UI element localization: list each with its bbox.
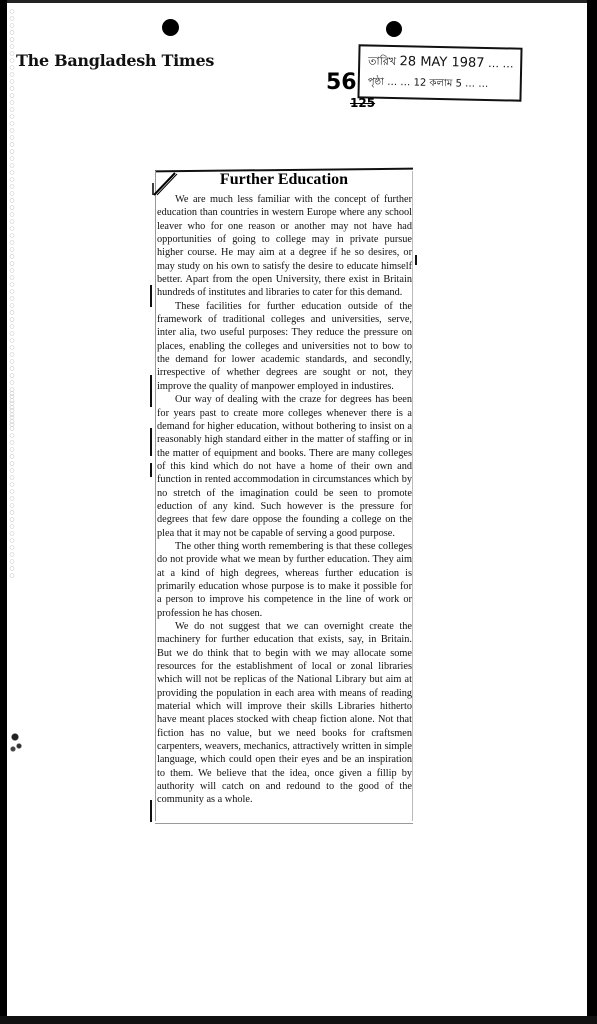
binder-perforation-lower (8, 390, 16, 580)
margin-bracket-mark (150, 800, 152, 822)
article-clipping: Further Education We are much less famil… (155, 169, 413, 824)
margin-bracket-mark (150, 375, 152, 407)
punch-hole-icon (386, 21, 402, 37)
scan-smudge (7, 725, 27, 755)
article-body: We are much less familiar with the conce… (157, 193, 412, 807)
publication-masthead: The Bangladesh Times (16, 51, 214, 70)
struck-page-number: 125 (350, 96, 375, 110)
filing-stamp: তারিখ 28 MAY 1987 … … পৃষ্ঠা … … 12 কলাম… (357, 44, 522, 101)
scan-top-edge (0, 0, 597, 3)
margin-bracket-mark (415, 255, 417, 265)
stamp-date: 28 MAY 1987 (399, 54, 484, 71)
stamp-page-value: 12 কলাম 5 (413, 77, 462, 89)
scan-left-edge (0, 0, 7, 1024)
article-paragraph: The other thing worth remembering is tha… (157, 540, 412, 620)
article-paragraph: We are much less familiar with the conce… (157, 193, 412, 300)
article-title: Further Education (155, 171, 413, 189)
article-paragraph: We do not suggest that we can overnight … (157, 620, 412, 807)
binder-perforation (8, 8, 16, 428)
stamp-date-row: তারিখ 28 MAY 1987 … … (368, 52, 514, 74)
article-paragraph: These facilities for further education o… (157, 300, 412, 393)
article-paragraph: Our way of dealing with the craze for de… (157, 393, 412, 540)
margin-bracket-mark (150, 463, 152, 477)
stamp-date-label: তারিখ (368, 54, 396, 68)
stamp-page-row: পৃষ্ঠা … … 12 কলাম 5 … … (368, 74, 489, 94)
scan-bottom-edge (0, 1016, 597, 1024)
punch-hole-icon (162, 19, 179, 36)
margin-bracket-mark (150, 428, 152, 456)
margin-bracket-mark (150, 285, 152, 307)
page-number: 56 (326, 70, 357, 95)
stamp-page-label: পৃষ্ঠা (368, 76, 384, 87)
scan-right-edge (587, 0, 597, 1024)
